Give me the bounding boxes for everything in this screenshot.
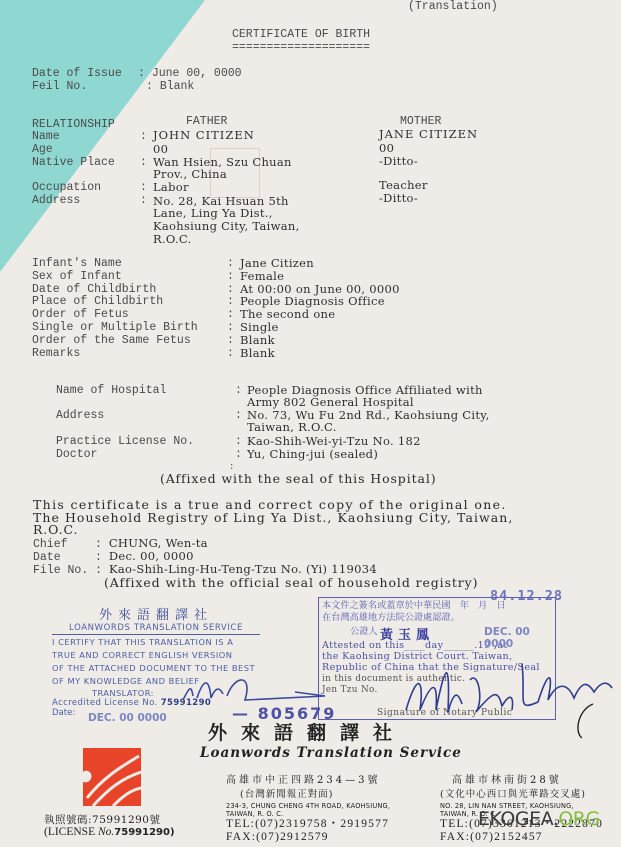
label-address: Address (32, 195, 80, 208)
father-occupation: Labor (153, 181, 189, 194)
same-fetus-order-label: Order of the Same Fetus (32, 335, 198, 348)
remarks-value: Blank (240, 347, 400, 360)
license-en-no: No. (98, 826, 114, 838)
stamp-name-en: LOANWORDS TRANSLATION SERVICE (52, 623, 260, 635)
translation-note: (Translation) (408, 1, 498, 14)
registry-date-value: Dec. 00, 0000 (109, 549, 194, 563)
colon: : (235, 385, 242, 398)
license-number-zh: 執照號碼:75991290號 (44, 812, 160, 827)
license-en-prefix: (LICENSE (44, 826, 98, 838)
hospital-name-value-2: Army 802 General Hospital (247, 396, 414, 409)
practice-license-value: Kao-Shih-Wei-yi-Tzu No. 182 (247, 435, 421, 448)
stamp-cert-line-1: I CERTIFY THAT THIS TRANSLATION IS A (52, 637, 260, 648)
license-label: Accredited License No. (52, 698, 158, 708)
doctor-label: Doctor (56, 449, 97, 462)
colon: : (235, 449, 242, 462)
hospital-name-label: Name of Hospital (56, 385, 166, 398)
hospital-address-label: Address (56, 410, 104, 423)
father-age: 00 (153, 143, 168, 156)
watermark: EKOGEA.ORG (478, 808, 600, 830)
license-en-value: 75991290) (114, 827, 174, 838)
notary-name-row: 公證人 黃玉鳳 DEC. 00 0000 (322, 624, 552, 640)
label-occupation: Occupation (32, 182, 101, 195)
colon: : (140, 157, 147, 170)
hospital-address-value-2: Taiwan, R.O.C. (247, 421, 337, 434)
office-1-address: 高雄市中正四路234—3號 (台灣新聞報正對面) 234-3, CHUNG CH… (226, 771, 390, 843)
mother-name: JANE CITIZEN (379, 128, 478, 141)
mother-native-place: -Ditto- (379, 155, 418, 168)
mother-address: -Ditto- (379, 192, 418, 205)
doctor-value: Yu, Ching-jui (sealed) (247, 448, 378, 461)
colon: : (146, 80, 160, 93)
file-no-label: Feil No. (32, 81, 146, 94)
notary-date-stamp-top: 84.12.28 (490, 588, 563, 604)
remarks-label: Remarks (32, 348, 198, 361)
issue-date-row: Date of Issue: June 00, 0000 (32, 68, 242, 81)
stamp-name-zh: 外來語翻譯社 (52, 604, 260, 623)
same-fetus-order-value: Blank (240, 334, 400, 347)
issue-date-label: Date of Issue (32, 68, 138, 81)
infant-sex-value: Female (240, 270, 400, 283)
colon: : (140, 195, 147, 208)
colon: : (140, 131, 147, 144)
translator-date-stamp: DEC. 00 0000 (88, 712, 167, 724)
infant-labels: Infant's Name Sex of Infant Date of Chil… (32, 258, 198, 360)
office-1-fax: FAX:(07)2912579 (226, 831, 390, 844)
letterhead-name-en: Loanwords Translation Service (200, 745, 462, 761)
label-age: Age (32, 144, 53, 157)
stamp-cert-line-2: TRUE AND CORRECT ENGLISH VERSION (52, 650, 260, 661)
father-address-3: Kaohsiung City, Taiwan, (153, 220, 300, 233)
office-1-tel: TEL:(07)2319758・2919577 (226, 818, 390, 831)
infant-name-label: Infant's Name (32, 258, 198, 271)
notary-zh-line-2: 在台灣高雄地方法院公證處認證。 (322, 612, 552, 624)
infant-sex-label: Sex of Infant (32, 271, 198, 284)
office-1-addr-en: 234-3, CHUNG CHENG 4TH ROAD, KAOHSIUNG, (226, 802, 390, 810)
father-name: JOHN CITIZEN (153, 129, 255, 142)
mother-occupation: Teacher (379, 179, 428, 192)
office-2-addr-zh: 高雄市林南街28號 (452, 771, 603, 786)
mother-age: 00 (379, 142, 394, 155)
watermark-part-2: ORG (558, 808, 599, 830)
notary-title-zh: 公證人 (350, 626, 378, 638)
notary-signature (398, 640, 618, 740)
hospital-seal-note: (Affixed with the seal of this Hospital) (160, 472, 437, 485)
colon: : (140, 182, 147, 195)
practice-license-label: Practice License No. (56, 436, 194, 449)
infant-name-value: Jane Citizen (240, 257, 400, 270)
label-native-place: Native Place (32, 157, 115, 170)
chief-value: CHUNG, Wen-ta (109, 536, 208, 550)
father-address-2: Lane, Ling Ya Dist., (153, 207, 273, 220)
translator-signature (175, 670, 335, 710)
infant-colons: :::::::: (227, 258, 234, 360)
label-name: Name (32, 131, 60, 144)
office-1-addr-zh: 高雄市中正四路234—3號 (226, 771, 390, 786)
birth-type-value: Single (240, 321, 400, 334)
birth-type-label: Single or Multiple Birth (32, 322, 198, 335)
colon: : (235, 410, 242, 423)
document-title: CERTIFICATE OF BIRTH (232, 29, 370, 42)
office-2-address: 高雄市林南街28號 (文化中心西口與光華路交叉處) NO. 28, LIN NA… (440, 771, 603, 843)
title-underline: ==================== (232, 42, 370, 55)
colon: : (138, 67, 152, 80)
registry-seal-note: (Affixed with the official seal of house… (104, 576, 478, 589)
office-1-addr-en-2: TAIWAN, R. O. C. (226, 810, 390, 818)
father-address-4: R.O.C. (153, 233, 192, 246)
office-1-addr-zh-2: (台灣新聞報正對面) (240, 786, 390, 800)
file-no-row: Feil No.: Blank (32, 81, 194, 94)
infant-values: Jane Citizen Female At 00:00 on June 00,… (240, 257, 400, 359)
watermark-part-1: EKOGEA. (478, 808, 558, 830)
office-2-fax: FAX:(07)2152457 (440, 831, 603, 844)
registry-file-value: Kao-Shih-Ling-Hu-Teng-Tzu No. (Yi) 11903… (109, 562, 377, 576)
father-native-place-2: Prov., China (153, 168, 227, 181)
registry-statement-3: R.O.C. (33, 523, 78, 536)
registry-file-label: File No. (33, 564, 88, 577)
father-header: FATHER (186, 116, 227, 129)
registry-statement-2: The Household Registry of Ling Ya Dist.,… (33, 511, 513, 524)
issue-date-value: June 00, 0000 (152, 67, 242, 80)
colon: : (235, 436, 242, 449)
license-number-en: (LICENSE No.75991290) (44, 826, 175, 838)
office-2-addr-zh-2: (文化中心西口與光華路交叉處) (440, 786, 603, 800)
file-no-value: Blank (160, 80, 195, 93)
company-logo-icon (83, 748, 141, 806)
